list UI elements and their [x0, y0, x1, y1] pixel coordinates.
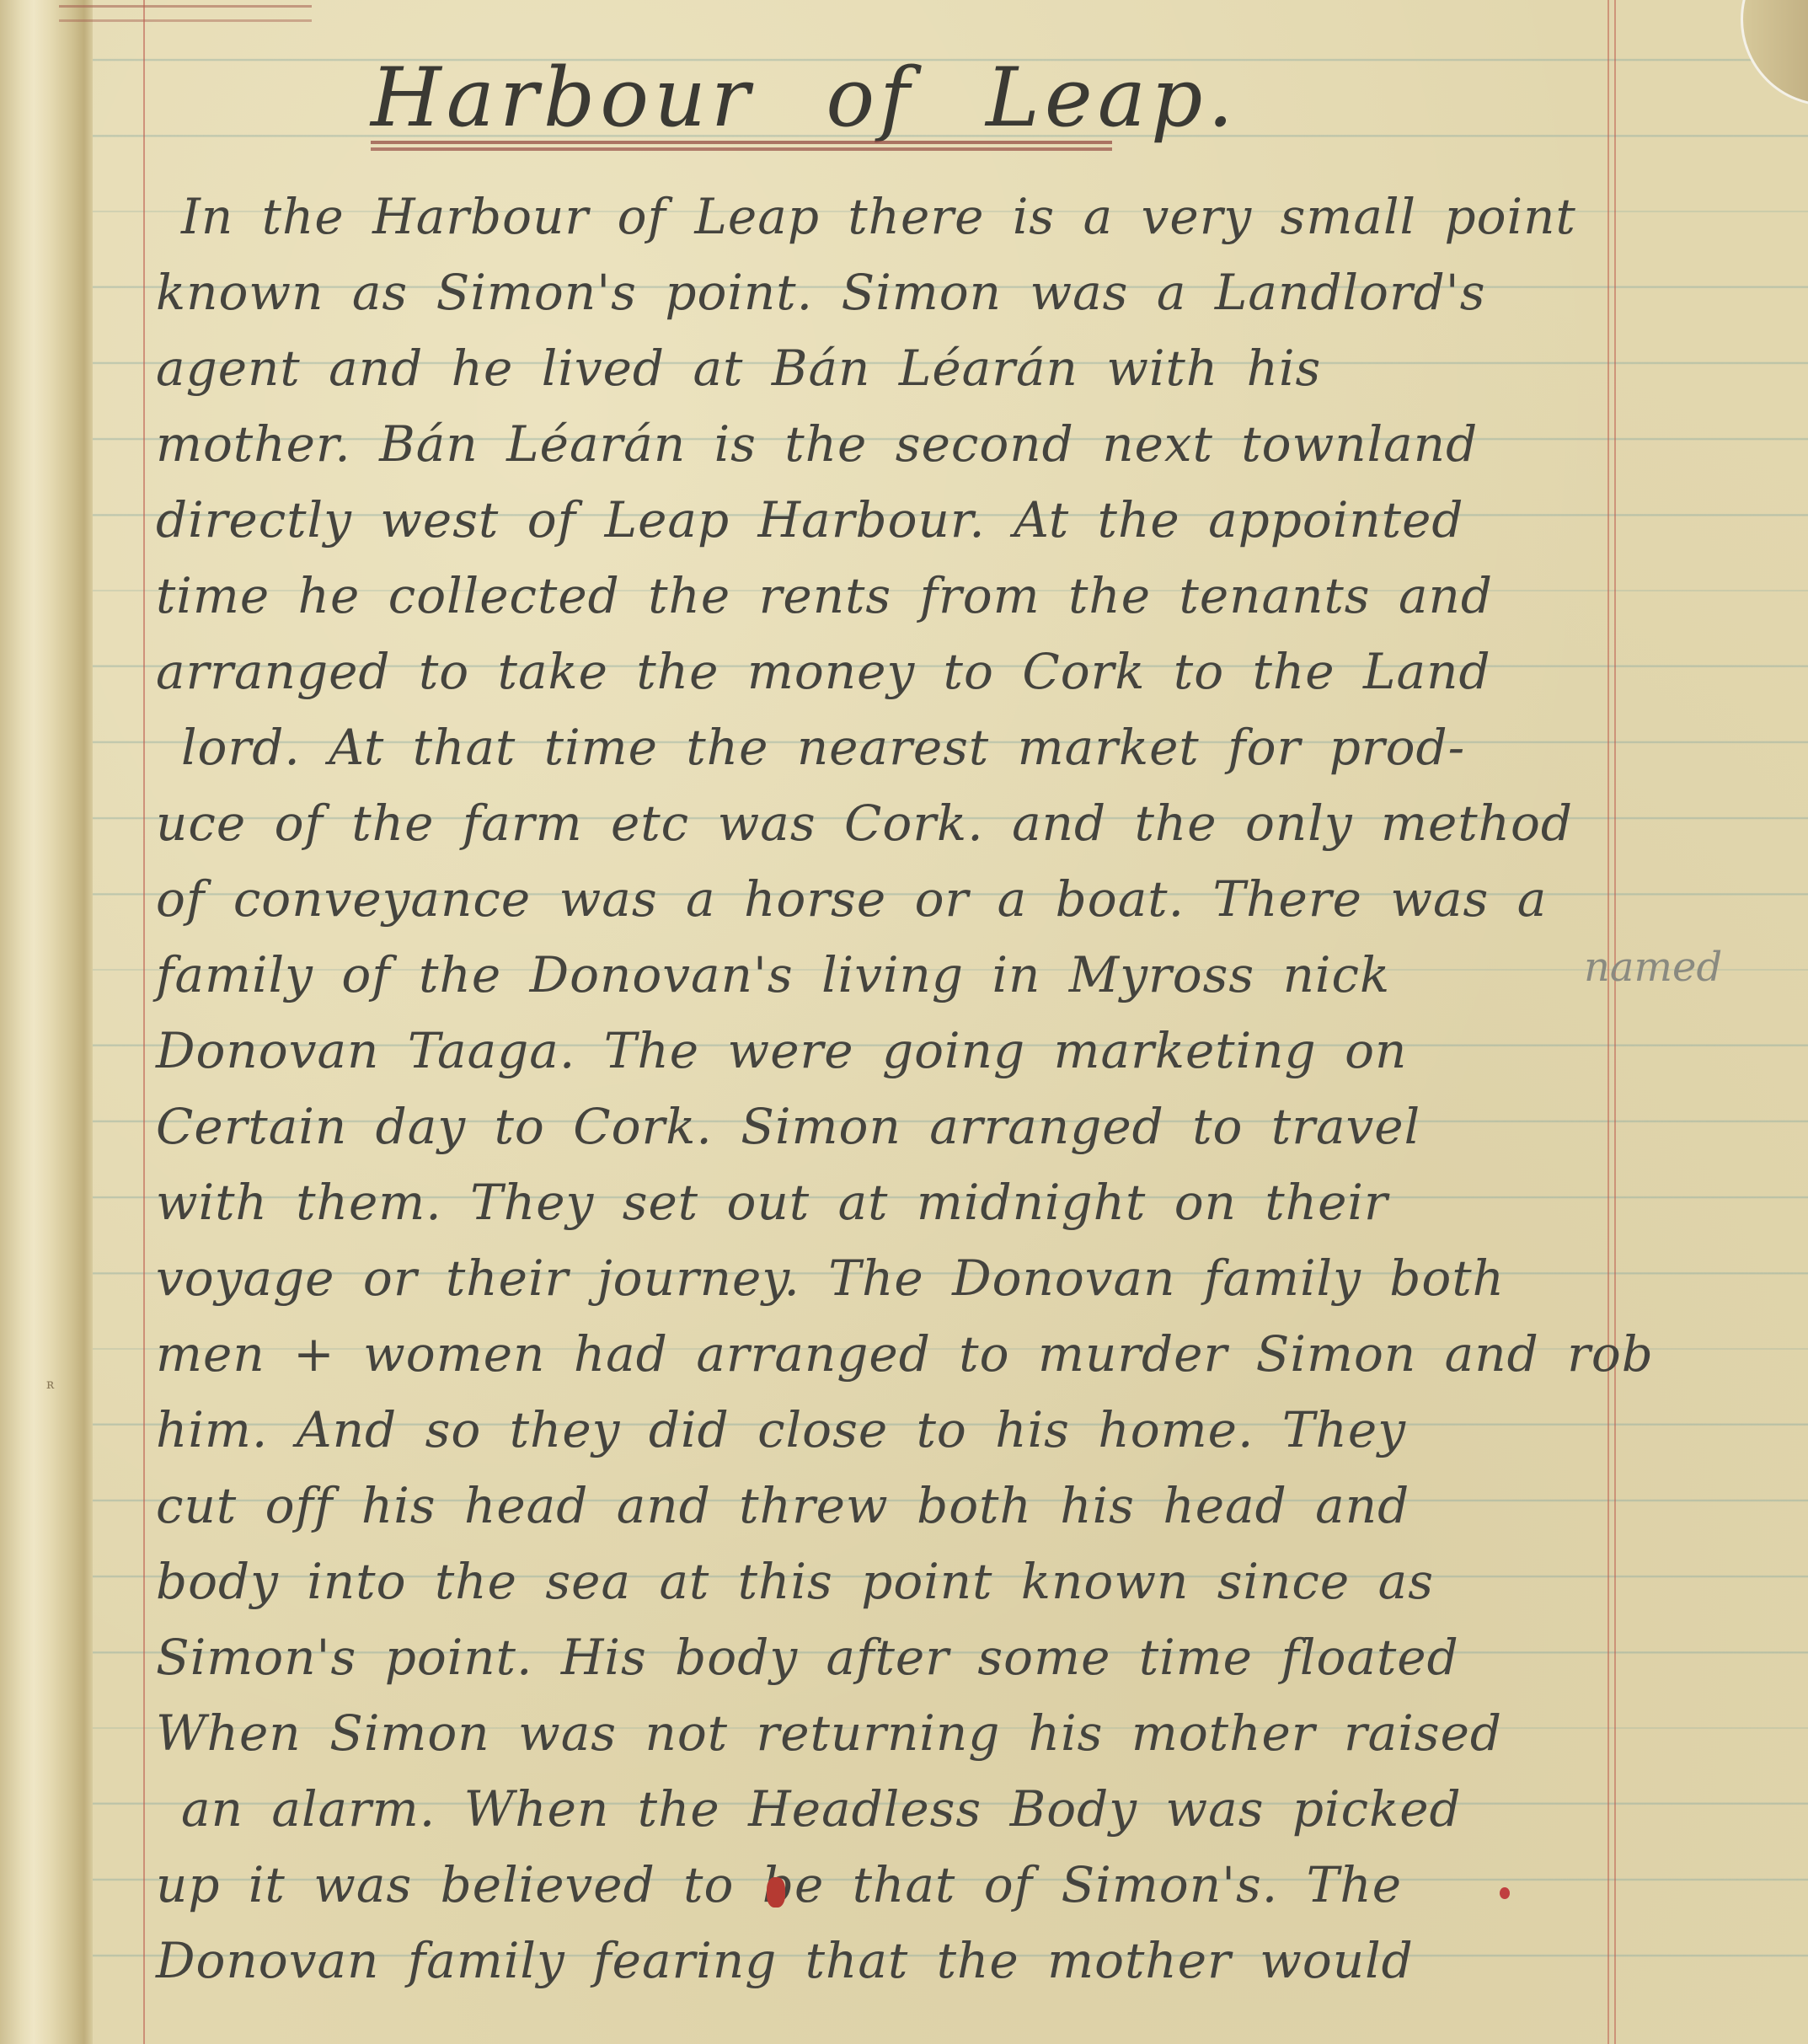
text-line: body into the sea at this point known si… [156, 1544, 1613, 1619]
text-line: Simon's point. His body after some time … [156, 1619, 1613, 1695]
text-line: Donovan Taaga. The were going marketing … [156, 1013, 1613, 1089]
title-underline [371, 141, 1112, 151]
text-line: men + women had arranged to murder Simon… [156, 1316, 1613, 1392]
binding-gutter: ʀ [0, 0, 93, 2044]
text-line: directly west of Leap Harbour. At the ap… [156, 482, 1613, 558]
text-line: lord. At that time the nearest market fo… [156, 709, 1613, 785]
handwritten-body: In the Harbour of Leap there is a very s… [156, 179, 1613, 1999]
text-line: mother. Bán Léarán is the second next to… [156, 406, 1613, 482]
text-line: voyage or their journey. The Donovan fam… [156, 1240, 1613, 1316]
text-line: When Simon was not returning his mother … [156, 1695, 1613, 1771]
text-line: agent and he lived at Bán Léarán with hi… [156, 330, 1613, 406]
text-line: up it was believed to be that of Simon's… [156, 1847, 1613, 1923]
page-title: Harbour of Leap. [371, 51, 1238, 145]
text-line: arranged to take the money to Cork to th… [156, 634, 1613, 709]
left-margin-line [143, 0, 145, 2044]
text-line: with them. They set out at midnight on t… [156, 1164, 1613, 1240]
top-red-rule [59, 5, 312, 22]
text-line: Certain day to Cork. Simon arranged to t… [156, 1089, 1613, 1164]
text-line: time he collected the rents from the ten… [156, 558, 1613, 634]
margin-annotation: named [1584, 944, 1722, 991]
red-ink-dot [1500, 1887, 1510, 1899]
text-line: him. And so they did close to his home. … [156, 1392, 1613, 1468]
text-line: family of the Donovan's living in Myross… [156, 937, 1613, 1013]
text-line: known as Simon's point. Simon was a Land… [156, 254, 1613, 330]
text-line: cut off his head and threw both his head… [156, 1468, 1613, 1544]
text-line: In the Harbour of Leap there is a very s… [156, 179, 1613, 254]
text-line: an alarm. When the Headless Body was pic… [156, 1771, 1613, 1847]
text-line: Donovan family fearing that the mother w… [156, 1923, 1613, 1999]
text-line: of conveyance was a horse or a boat. The… [156, 861, 1613, 937]
gutter-mark: ʀ [46, 1376, 53, 1383]
red-ink-blot [767, 1877, 785, 1908]
text-line: uce of the farm etc was Cork. and the on… [156, 785, 1613, 861]
notebook-page: ʀ Harbour of Leap. In the Harbour of Lea… [0, 0, 1808, 2044]
